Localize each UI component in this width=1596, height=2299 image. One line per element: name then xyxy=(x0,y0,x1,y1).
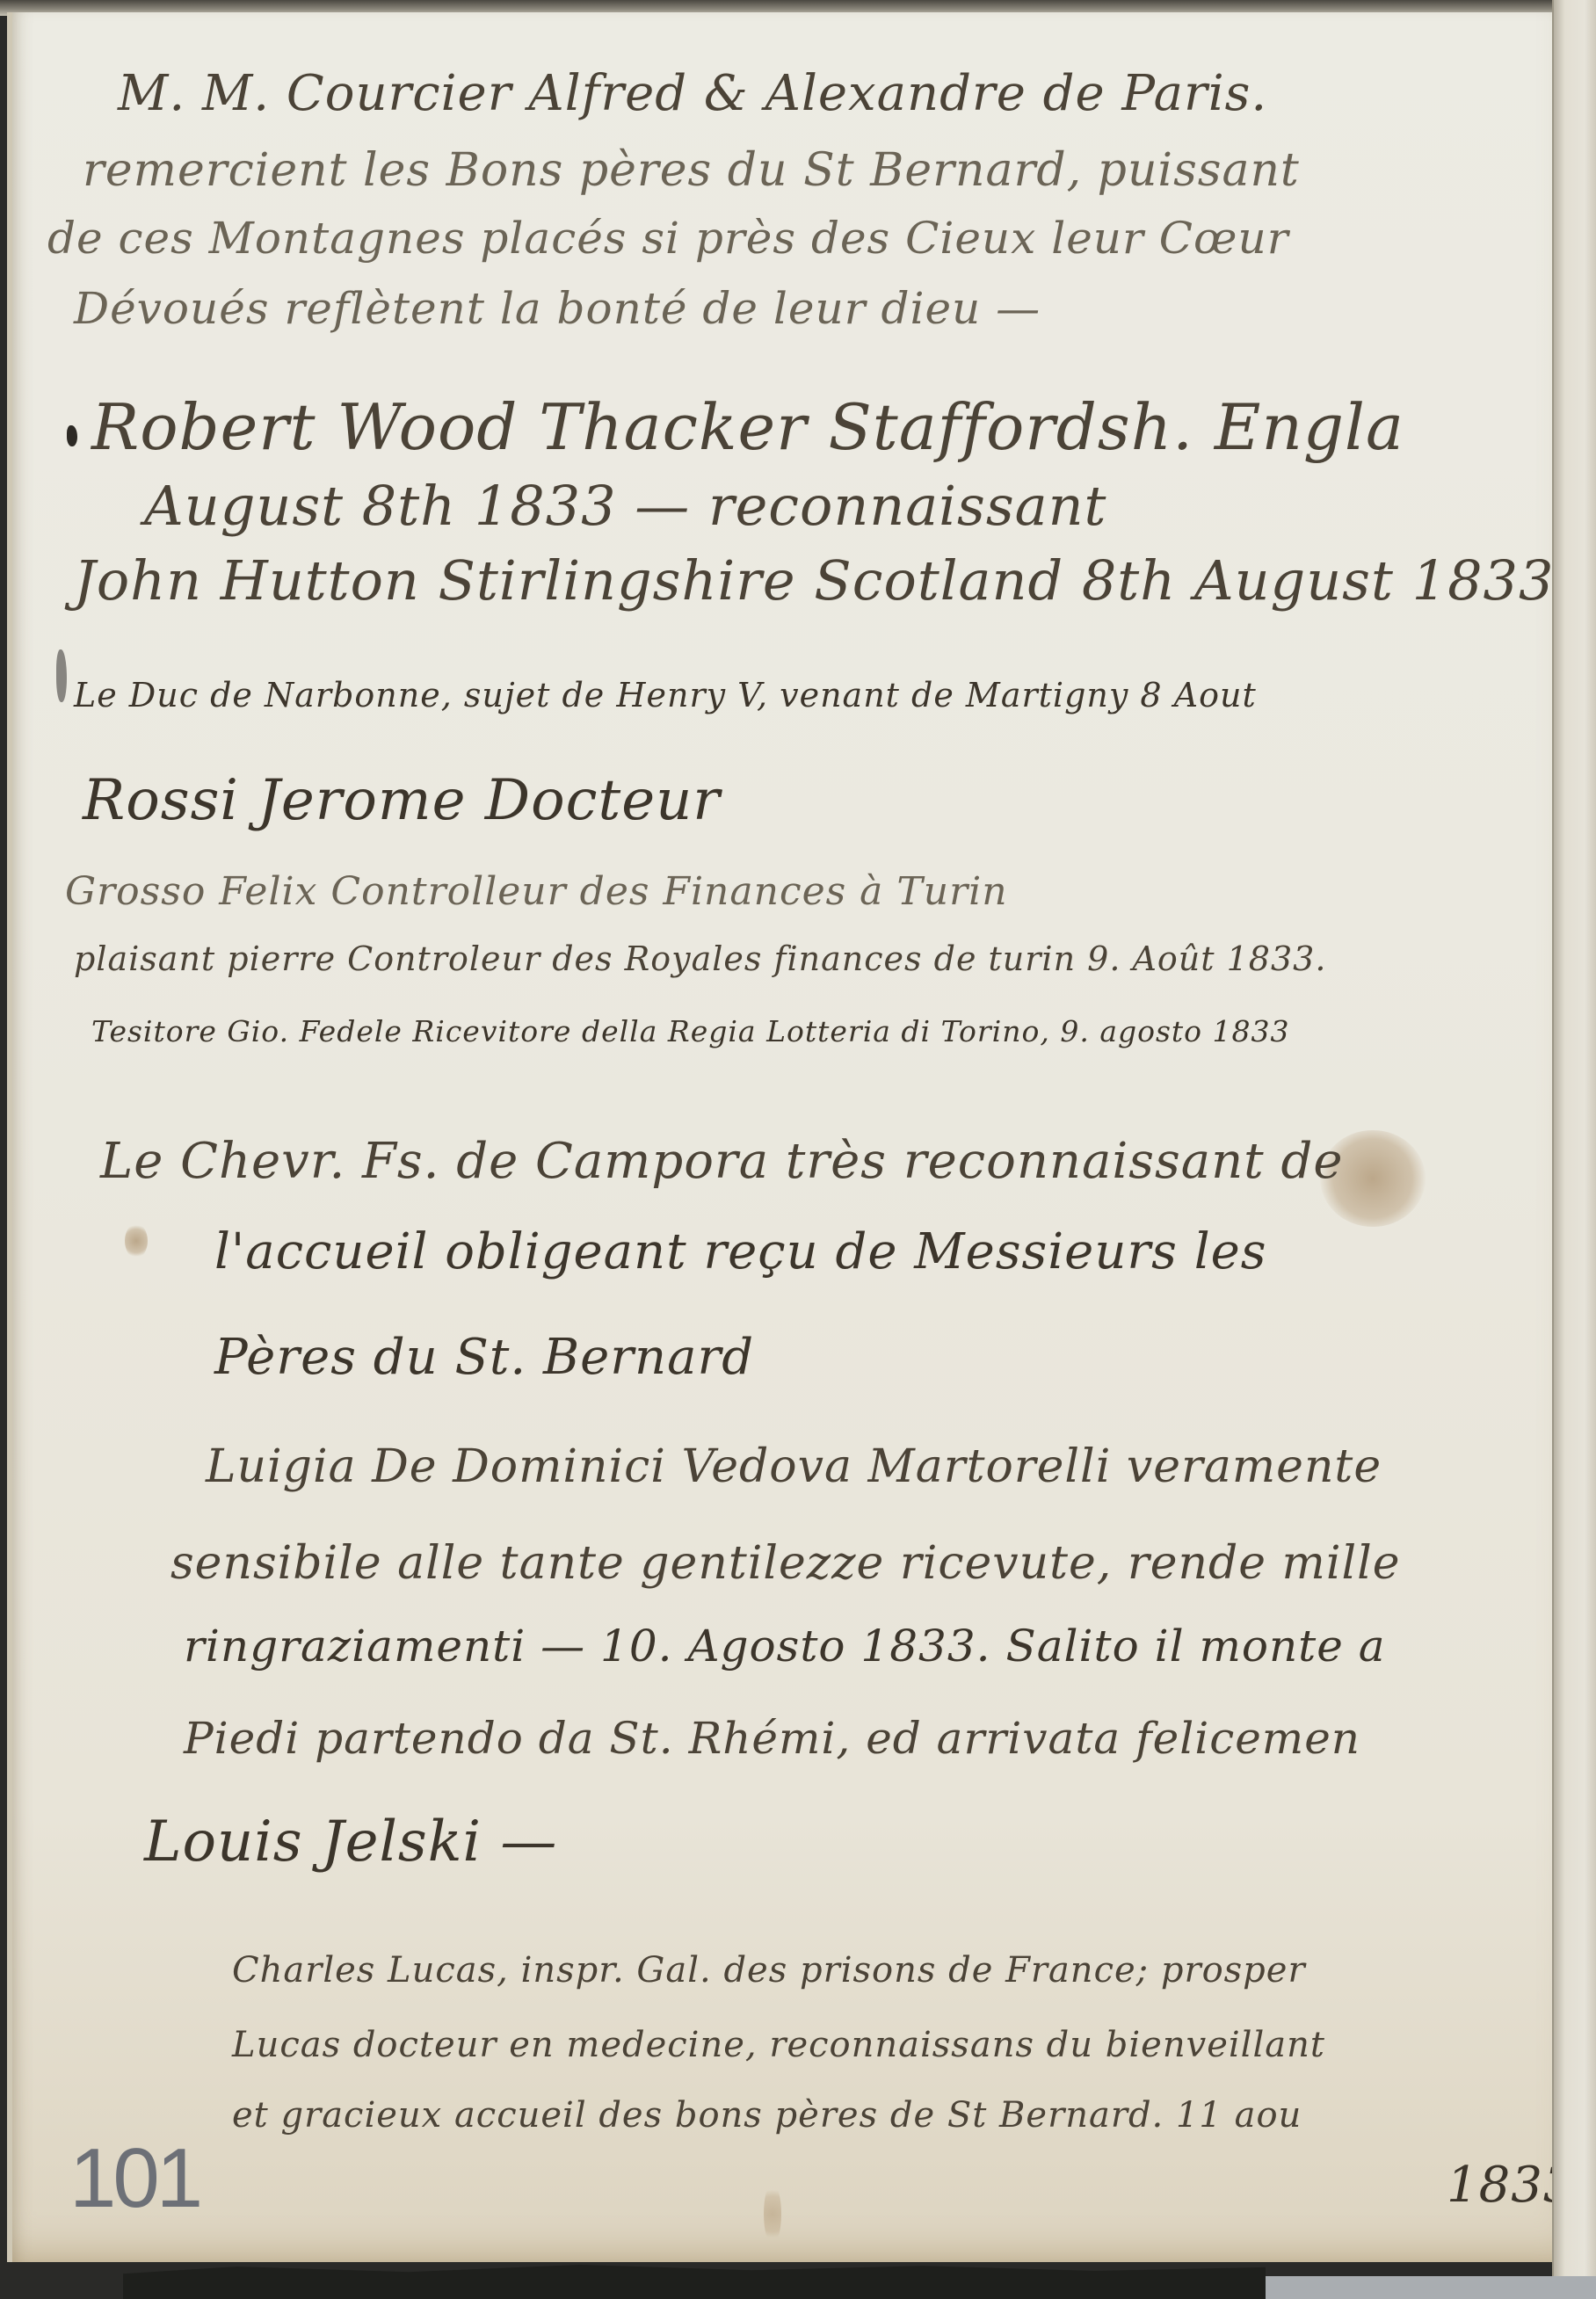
entry-courcier-line-4: Dévoués reflètent la bonté de leur dieu … xyxy=(74,283,1041,334)
entry-thacker-line-1: Robert Wood Thacker Staffordsh. Engla xyxy=(91,390,1404,464)
margin-pencil-stroke xyxy=(56,649,67,702)
entry-grosso-line-1: Grosso Felix Controlleur des Finances à … xyxy=(65,869,1008,914)
entry-campora-line-3: Pères du St. Bernard xyxy=(214,1329,754,1386)
entry-martorelli-line-3: ringraziamenti — 10. Agosto 1833. Salito… xyxy=(184,1621,1386,1672)
book-bottom-edge xyxy=(123,2263,1266,2299)
book-spine-gutter xyxy=(1552,0,1596,2299)
entry-lucas-line-3: et gracieux accueil des bons pères de St… xyxy=(232,2095,1302,2136)
ink-stain-small xyxy=(125,1223,148,1258)
entry-martorelli-line-4: Piedi partendo da St. Rhémi, ed arrivata… xyxy=(184,1713,1360,1764)
margin-blot-mark xyxy=(67,425,77,446)
entry-martorelli-line-2: sensibile alle tante gentilezze ricevute… xyxy=(170,1537,1401,1590)
entry-thacker-line-2: August 8th 1833 — reconnaissant xyxy=(144,474,1106,538)
entry-plaisant-line-1: plaisant pierre Controleur des Royales f… xyxy=(74,939,1326,978)
entry-narbonne-line-1: Le Duc de Narbonne, sujet de Henry V, ve… xyxy=(74,676,1257,714)
entry-courcier-line-1: M. M. Courcier Alfred & Alexandre de Par… xyxy=(118,65,1267,122)
page-number: 101 xyxy=(69,2130,199,2227)
entry-campora-line-1: Le Chevr. Fs. de Campora très reconnaiss… xyxy=(100,1133,1343,1190)
scan-background-corner xyxy=(1266,2276,1596,2299)
entry-courcier-line-2: remercient les Bons pères du St Bernard,… xyxy=(83,144,1300,197)
entry-hutton-line-1: John Hutton Stirlingshire Scotland 8th A… xyxy=(74,548,1582,613)
entry-courcier-line-3: de ces Montagnes placés si près des Cieu… xyxy=(47,213,1289,264)
entry-tesitore-line-1: Tesitore Gio. Fedele Ricevitore della Re… xyxy=(91,1014,1290,1048)
entry-lucas-line-1: Charles Lucas, inspr. Gal. des prisons d… xyxy=(232,1950,1306,1991)
entry-martorelli-line-1: Luigia De Dominici Vedova Martorelli ver… xyxy=(206,1440,1382,1493)
entry-rossi-line-1: Rossi Jerome Docteur xyxy=(83,768,721,833)
entry-campora-line-2: l'accueil obligeant reçu de Messieurs le… xyxy=(214,1223,1266,1280)
manuscript-page: M. M. Courcier Alfred & Alexandre de Par… xyxy=(7,12,1557,2262)
ink-stain-bottom xyxy=(764,2183,781,2245)
entry-jelski-line-1: Louis Jelski — xyxy=(144,1809,557,1875)
entry-lucas-line-2: Lucas docteur en medecine, reconnaissans… xyxy=(232,2025,1325,2065)
